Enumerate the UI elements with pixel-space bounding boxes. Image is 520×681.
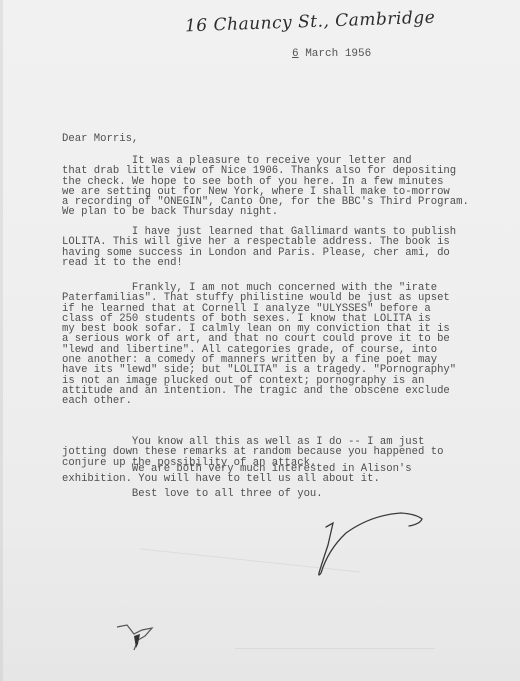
ink-stain-icon bbox=[112, 622, 172, 662]
paper-crease bbox=[235, 648, 435, 649]
paragraph-3: Frankly, I am not much concerned with th… bbox=[62, 283, 456, 407]
signature-icon bbox=[316, 505, 436, 580]
letter-page: 16 Chauncy St., Cambridge 6 March 1956 D… bbox=[0, 0, 520, 681]
paragraph-2: I have just learned that Gallimard wants… bbox=[62, 227, 456, 268]
date-month-year: March 1956 bbox=[299, 48, 372, 60]
paper-edge-shadow bbox=[0, 0, 3, 681]
closing-line: Best love to all three of you. bbox=[62, 489, 323, 499]
paragraph-5: We are both very much interested in Alis… bbox=[62, 464, 412, 485]
date-day: 6 bbox=[292, 48, 299, 60]
letter-date: 6 March 1956 bbox=[292, 48, 371, 60]
paragraph-1: It was a pleasure to receive your letter… bbox=[62, 156, 469, 218]
handwritten-address: 16 Chauncy St., Cambridge bbox=[185, 8, 436, 37]
salutation: Dear Morris, bbox=[62, 134, 138, 144]
